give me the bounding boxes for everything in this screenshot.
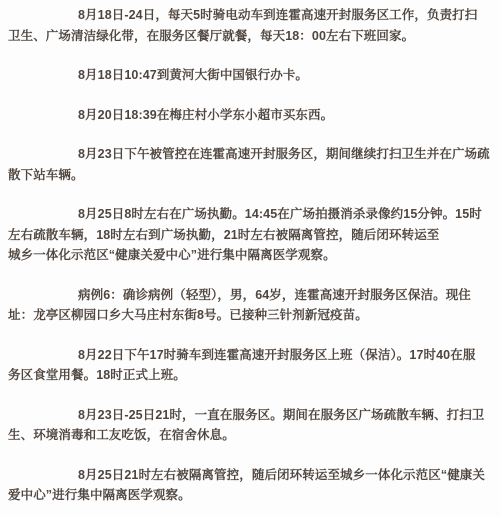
text-line: 8月22日下午17时骑车到连霍高速开封服务区上班（保洁）。17时40在服 <box>8 345 494 366</box>
paragraph-supermarket-visit: 8月20日18:39在梅庄村小学东小超市买东西。 <box>8 105 494 126</box>
text-line: 8月25日8时左右在广场执勤。14:45在广场拍摄消杀录像约15分钟。15时 <box>8 204 494 225</box>
text-line: 8月23日-25日21时，一直在服务区。期间在服务区广场疏散车辆、打扫卫 <box>8 405 494 426</box>
text-line: 左右疏散车辆，18时左右到广场执勤，21时左右被隔离管控，随后闭环转运至 <box>8 225 494 246</box>
text-line: 址：龙亭区柳园口乡大马庄村东街8号。已接种三针剂新冠疫苗。 <box>8 305 494 326</box>
text-line: 散下站车辆。 <box>8 165 494 186</box>
text-line: 卫生、广场清洁绿化带，在服务区餐厅就餐，每天18：00左右下班回家。 <box>8 26 494 47</box>
paragraph-control-aug23: 8月23日下午被管控在连霍高速开封服务区，期间继续打扫卫生并在广场疏 散下站车辆… <box>8 144 494 185</box>
text-line: 8月20日18:39在梅庄村小学东小超市买东西。 <box>8 105 494 126</box>
paragraph-aug25-activity: 8月25日8时左右在广场执勤。14:45在广场拍摄消杀录像约15分钟。15时 左… <box>8 204 494 266</box>
paragraph-bank-visit: 8月18日10:47到黄河大街中国银行办卡。 <box>8 65 494 86</box>
text-line: 8月25日21时左右被隔离管控，随后闭环转运至城乡一体化示范区“健康关 <box>8 465 494 486</box>
paragraph-aug23-25-stay: 8月23日-25日21时，一直在服务区。期间在服务区广场疏散车辆、打扫卫 生、环… <box>8 405 494 446</box>
text-line: 8月18日10:47到黄河大街中国银行办卡。 <box>8 65 494 86</box>
text-line: 务区食堂用餐。18时正式上班。 <box>8 365 494 386</box>
text-line: 爱中心”进行集中隔离医学观察。 <box>8 485 494 506</box>
text-line: 城乡一体化示范区“健康关爱中心”进行集中隔离医学观察。 <box>8 245 494 266</box>
paragraph-case6-profile: 病例6：确诊病例（轻型），男，64岁，连霍高速开封服务区保洁。现住 址：龙亭区柳… <box>8 285 494 326</box>
text-line: 病例6：确诊病例（轻型），男，64岁，连霍高速开封服务区保洁。现住 <box>8 285 494 306</box>
case-report-document: 8月18日-24日，每天5时骑电动车到连霍高速开封服务区工作，负责打扫 卫生、广… <box>0 0 500 506</box>
paragraph-work-schedule: 8月18日-24日，每天5时骑电动车到连霍高速开封服务区工作，负责打扫 卫生、广… <box>8 5 494 46</box>
paragraph-aug25-quarantine: 8月25日21时左右被隔离管控，随后闭环转运至城乡一体化示范区“健康关 爱中心”… <box>8 465 494 506</box>
text-line: 生、环境消毒和工友吃饭，在宿舍休息。 <box>8 425 494 446</box>
paragraph-aug22-work: 8月22日下午17时骑车到连霍高速开封服务区上班（保洁）。17时40在服 务区食… <box>8 345 494 386</box>
text-line: 8月23日下午被管控在连霍高速开封服务区，期间继续打扫卫生并在广场疏 <box>8 144 494 165</box>
text-line: 8月18日-24日，每天5时骑电动车到连霍高速开封服务区工作，负责打扫 <box>8 5 494 26</box>
